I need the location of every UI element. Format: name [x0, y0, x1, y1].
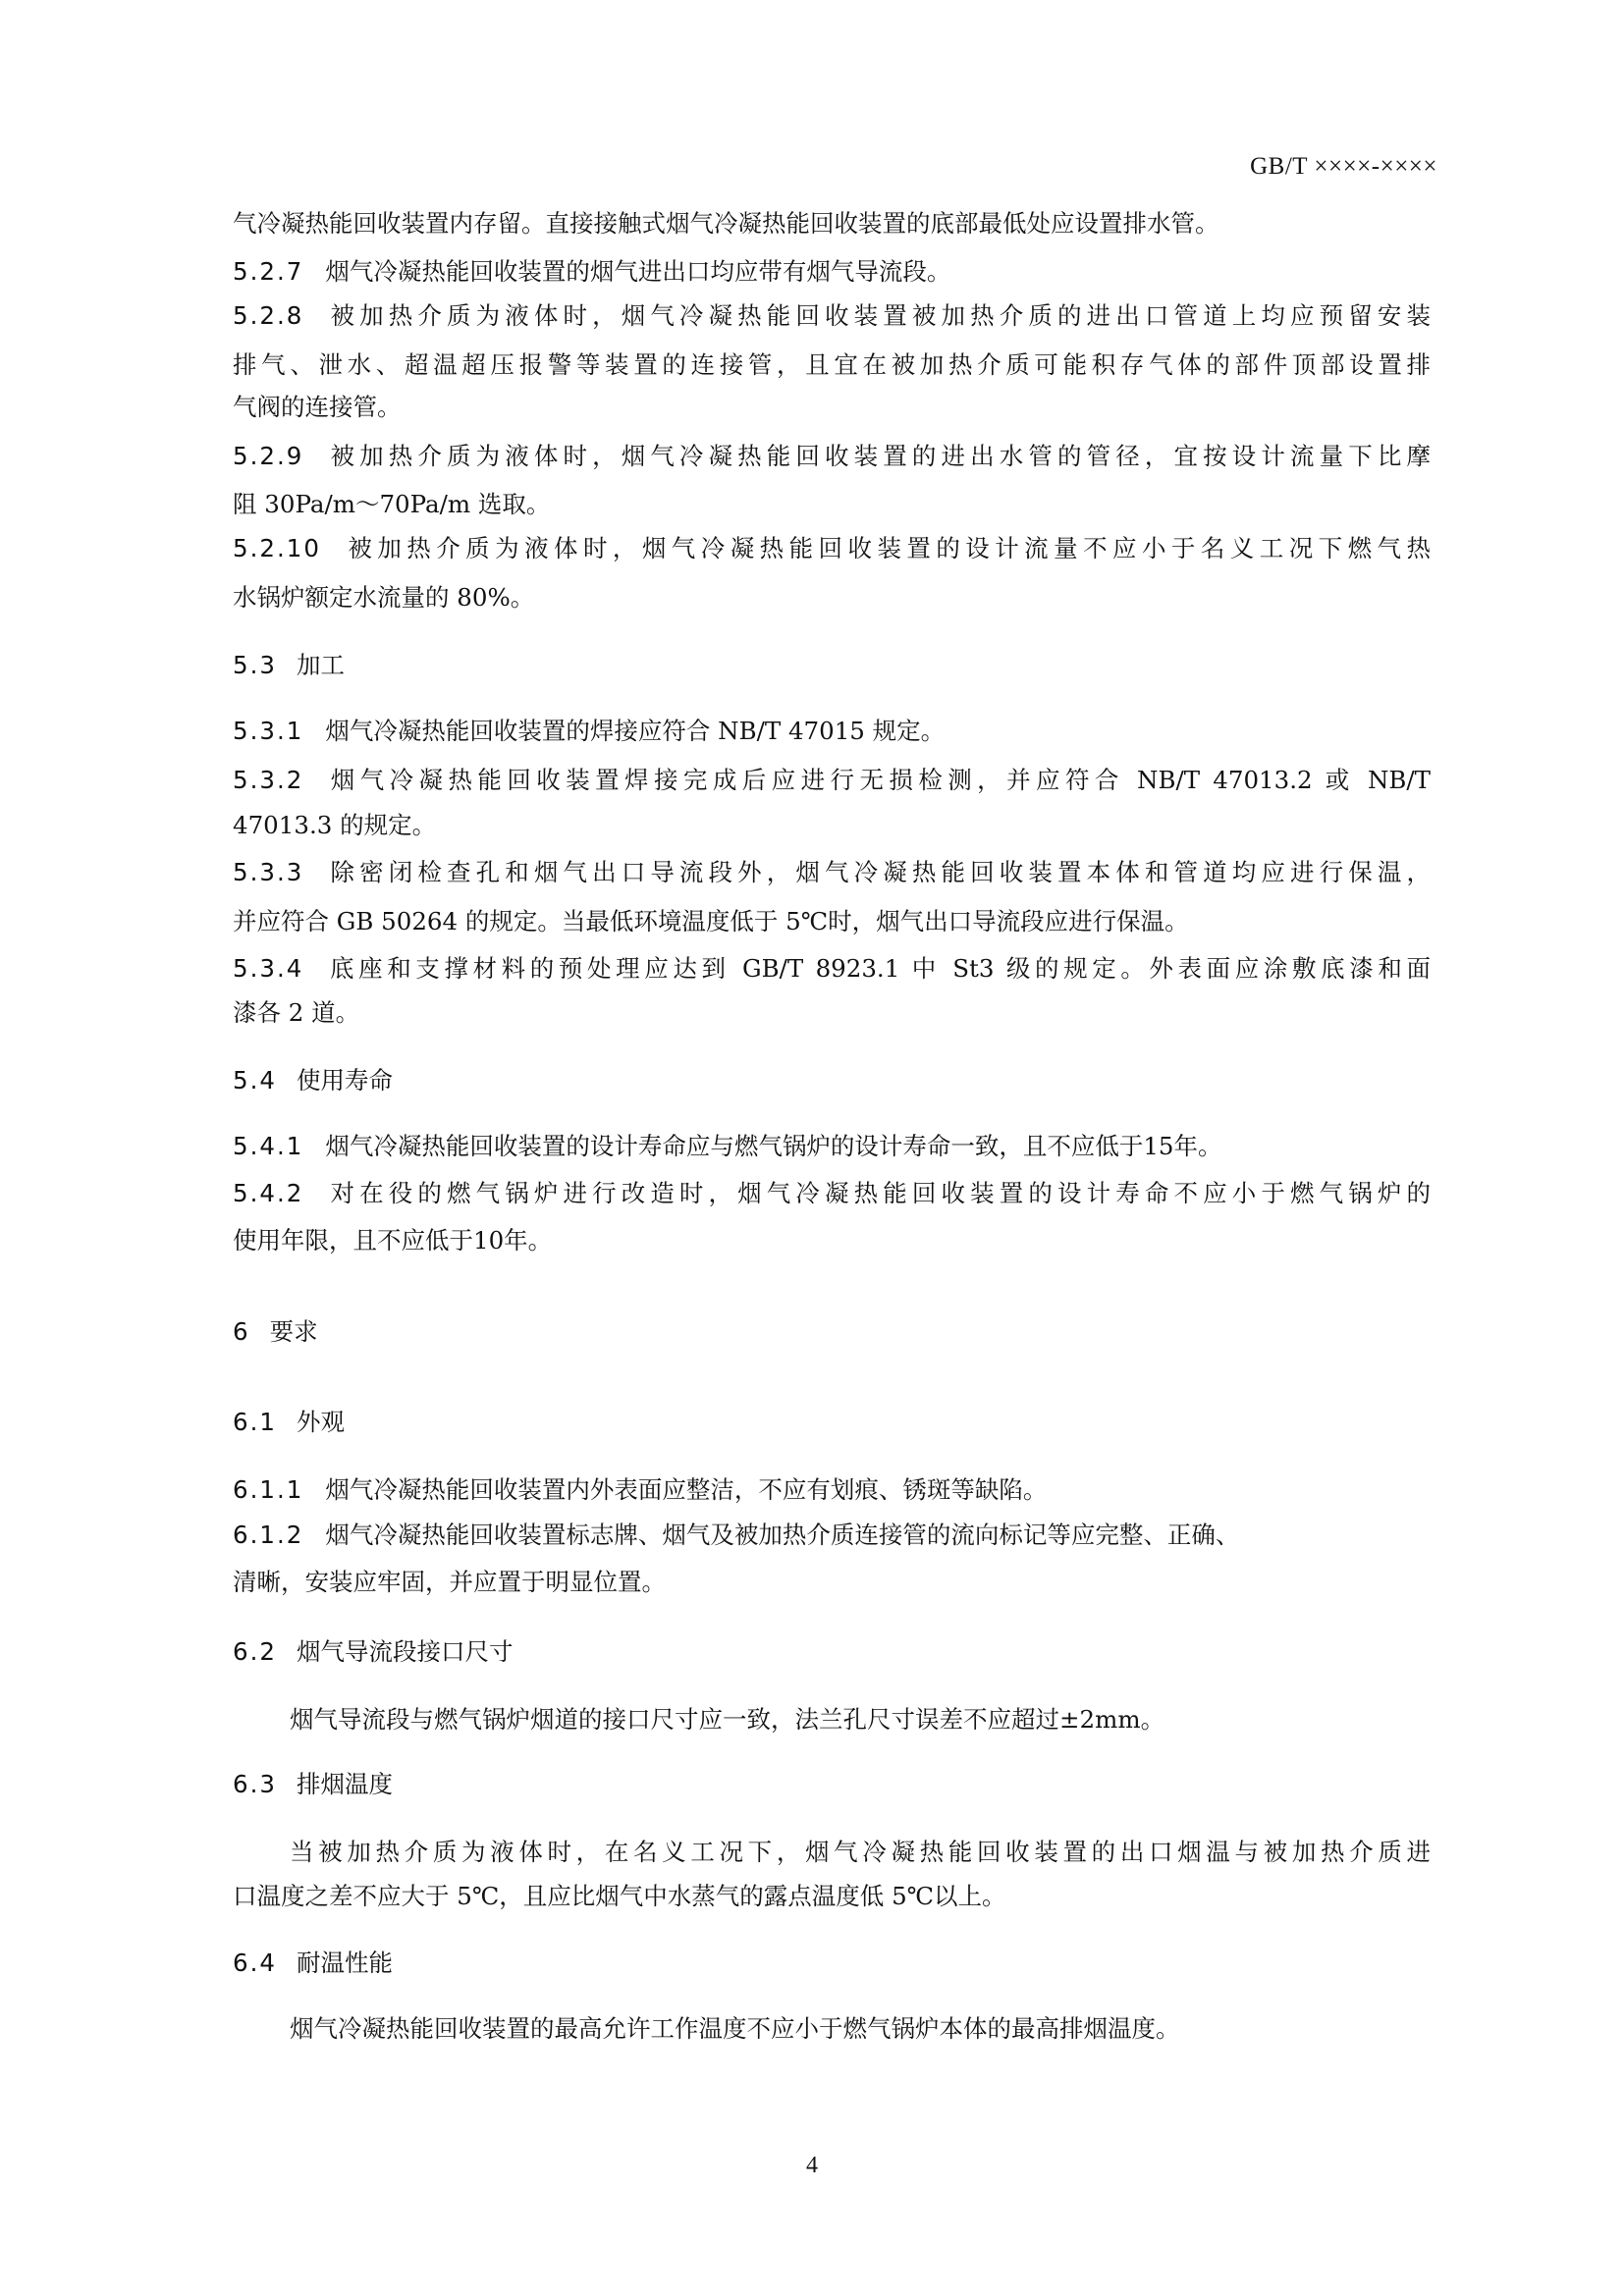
clause-line: 6.1.1烟气冷凝热能回收装置内外表面应整洁，不应有划痕、锈斑等缺陷。: [233, 1475, 1431, 1505]
clause-text: 被加热介质为液体时，烟气冷凝热能回收装置被加热介质的进出口管道上均应预留安装: [325, 301, 1431, 330]
clause-number: 5.3: [233, 651, 277, 679]
text-line: 使用年限，且不应低于10年。: [233, 1226, 1431, 1255]
section-heading: 5.4使用寿命: [233, 1066, 1431, 1095]
clause-line: 6.1.2烟气冷凝热能回收装置标志牌、烟气及被加热介质连接管的流向标记等应完整、…: [233, 1521, 1431, 1550]
standard-code-header: GB/T ××××-××××: [1250, 153, 1437, 181]
heading-text: 使用寿命: [297, 1066, 393, 1095]
clause-number: 6.4: [233, 1949, 277, 1977]
section-heading: 5.3加工: [233, 651, 1431, 680]
text-line: 烟气冷凝热能回收装置的最高允许工作温度不应小于燃气锅炉本体的最高排烟温度。: [290, 2014, 1431, 2044]
clause-text: 烟气导流段与燃气锅炉烟道的接口尺寸应一致，法兰孔尺寸误差不应超过±2mm。: [290, 1705, 1164, 1734]
clause-number: 5.3.2: [233, 766, 303, 794]
clause-line: 5.2.10被加热介质为液体时，烟气冷凝热能回收装置的设计流量不应小于名义工况下…: [233, 534, 1431, 563]
clause-line: 5.3.4底座和支撑材料的预处理应达到 GB/T 8923.1 中 St3 级的…: [233, 954, 1431, 984]
clause-text: 水锅炉额定水流量的 80%。: [233, 583, 534, 612]
clause-number: 5.2.7: [233, 257, 303, 286]
clause-text: 烟气冷凝热能回收装置内外表面应整洁，不应有划痕、锈斑等缺陷。: [325, 1475, 1047, 1504]
clause-text: 对在役的燃气锅炉进行改造时，烟气冷凝热能回收装置的设计寿命不应小于燃气锅炉的: [325, 1179, 1431, 1207]
clause-line: 5.2.9被加热介质为液体时，烟气冷凝热能回收装置的进出水管的管径，宜按设计流量…: [233, 442, 1431, 471]
clause-number: 6: [233, 1317, 250, 1346]
text-line: 当被加热介质为液体时，在名义工况下，烟气冷凝热能回收装置的出口烟温与被加热介质进: [290, 1838, 1431, 1867]
clause-line: 5.3.1烟气冷凝热能回收装置的焊接应符合 NB/T 47015 规定。: [233, 717, 1431, 746]
heading-text: 烟气导流段接口尺寸: [297, 1637, 514, 1666]
clause-number: 5.3.3: [233, 858, 303, 886]
clause-text: 漆各 2 道。: [233, 998, 359, 1027]
heading-text: 外观: [297, 1408, 345, 1436]
clause-number: 6.1.1: [233, 1475, 303, 1504]
clause-text: 口温度之差不应大于 5℃，且应比烟气中水蒸气的露点温度低 5℃以上。: [233, 1882, 1006, 1910]
clause-text: 排气、泄水、超温超压报警等装置的连接管，且宜在被加热介质可能积存气体的部件顶部设…: [233, 350, 1431, 379]
clause-text: 被加热介质为液体时，烟气冷凝热能回收装置的设计流量不应小于名义工况下燃气热: [343, 534, 1431, 562]
clause-line: 5.4.2对在役的燃气锅炉进行改造时，烟气冷凝热能回收装置的设计寿命不应小于燃气…: [233, 1179, 1431, 1208]
text-line: 烟气导流段与燃气锅炉烟道的接口尺寸应一致，法兰孔尺寸误差不应超过±2mm。: [290, 1705, 1431, 1735]
clause-number: 6.3: [233, 1770, 277, 1798]
text-line: 气冷凝热能回收装置内存留。直接接触式烟气冷凝热能回收装置的底部最低处应设置排水管…: [233, 209, 1431, 239]
clause-text: 气冷凝热能回收装置内存留。直接接触式烟气冷凝热能回收装置的底部最低处应设置排水管…: [233, 209, 1219, 238]
clause-line: 5.2.8被加热介质为液体时，烟气冷凝热能回收装置被加热介质的进出口管道上均应预…: [233, 301, 1431, 331]
clause-text: 底座和支撑材料的预处理应达到 GB/T 8923.1 中 St3 级的规定。外表…: [325, 954, 1431, 983]
section-heading: 6.3排烟温度: [233, 1770, 1431, 1799]
clause-text: 使用年限，且不应低于10年。: [233, 1226, 552, 1255]
clause-text: 气阀的连接管。: [233, 393, 402, 421]
clause-text: 烟气冷凝热能回收装置的最高允许工作温度不应小于燃气锅炉本体的最高排烟温度。: [290, 2014, 1180, 2043]
clause-text: 被加热介质为液体时，烟气冷凝热能回收装置的进出水管的管径，宜按设计流量下比摩: [325, 442, 1431, 470]
section-heading: 6.4耐温性能: [233, 1949, 1431, 1978]
clause-text: 烟气冷凝热能回收装置焊接完成后应进行无损检测，并应符合 NB/T 47013.2…: [325, 766, 1431, 794]
section-heading: 6.2烟气导流段接口尺寸: [233, 1637, 1431, 1667]
clause-line: 5.3.3除密闭检查孔和烟气出口导流段外，烟气冷凝热能回收装置本体和管道均应进行…: [233, 858, 1431, 887]
clause-number: 5.3.4: [233, 954, 303, 983]
clause-line: 5.4.1烟气冷凝热能回收装置的设计寿命应与燃气锅炉的设计寿命一致，且不应低于1…: [233, 1132, 1431, 1161]
clause-number: 5.2.8: [233, 301, 303, 330]
clause-line: 5.3.2烟气冷凝热能回收装置焊接完成后应进行无损检测，并应符合 NB/T 47…: [233, 766, 1431, 795]
section-heading: 6要求: [233, 1317, 1431, 1347]
heading-text: 排烟温度: [297, 1770, 393, 1798]
page-number: 4: [0, 2153, 1624, 2179]
section-heading: 6.1外观: [233, 1408, 1431, 1437]
clause-number: 6.2: [233, 1637, 277, 1666]
clause-line: 5.2.7烟气冷凝热能回收装置的烟气进出口均应带有烟气导流段。: [233, 257, 1431, 287]
clause-number: 5.3.1: [233, 717, 303, 745]
text-line: 并应符合 GB 50264 的规定。当最低环境温度低于 5℃时，烟气出口导流段应…: [233, 907, 1431, 936]
clause-number: 5.2.10: [233, 534, 321, 562]
clause-text: 阻 30Pa/m～70Pa/m 选取。: [233, 490, 550, 518]
clause-text: 烟气冷凝热能回收装置的设计寿命应与燃气锅炉的设计寿命一致，且不应低于15年。: [325, 1132, 1221, 1160]
clause-text: 清晰，安装应牢固，并应置于明显位置。: [233, 1568, 666, 1596]
clause-text: 烟气冷凝热能回收装置的烟气进出口均应带有烟气导流段。: [325, 257, 950, 286]
clause-number: 5.4: [233, 1066, 277, 1095]
text-line: 口温度之差不应大于 5℃，且应比烟气中水蒸气的露点温度低 5℃以上。: [233, 1882, 1431, 1911]
text-line: 漆各 2 道。: [233, 998, 1431, 1028]
document-page: GB/T ××××-×××× 气冷凝热能回收装置内存留。直接接触式烟气冷凝热能回…: [0, 0, 1624, 2296]
clause-number: 5.4.2: [233, 1179, 303, 1207]
text-line: 阻 30Pa/m～70Pa/m 选取。: [233, 490, 1431, 519]
heading-text: 加工: [297, 651, 345, 679]
clause-number: 6.1.2: [233, 1521, 303, 1549]
clause-text: 烟气冷凝热能回收装置的焊接应符合 NB/T 47015 规定。: [325, 717, 945, 745]
heading-text: 耐温性能: [297, 1949, 393, 1977]
clause-number: 6.1: [233, 1408, 277, 1436]
clause-number: 5.4.1: [233, 1132, 303, 1160]
clause-text: 烟气冷凝热能回收装置标志牌、烟气及被加热介质连接管的流向标记等应完整、正确、: [325, 1521, 1239, 1549]
clause-text: 47013.3 的规定。: [233, 811, 436, 839]
clause-number: 5.2.9: [233, 442, 303, 470]
text-line: 气阀的连接管。: [233, 393, 1431, 422]
clause-text: 并应符合 GB 50264 的规定。当最低环境温度低于 5℃时，烟气出口导流段应…: [233, 907, 1189, 935]
text-line: 清晰，安装应牢固，并应置于明显位置。: [233, 1568, 1431, 1597]
heading-text: 要求: [270, 1317, 318, 1346]
text-line: 水锅炉额定水流量的 80%。: [233, 583, 1431, 613]
text-line: 排气、泄水、超温超压报警等装置的连接管，且宜在被加热介质可能积存气体的部件顶部设…: [233, 350, 1431, 380]
clause-text: 当被加热介质为液体时，在名义工况下，烟气冷凝热能回收装置的出口烟温与被加热介质进: [290, 1838, 1431, 1866]
text-line: 47013.3 的规定。: [233, 811, 1431, 840]
clause-text: 除密闭检查孔和烟气出口导流段外，烟气冷凝热能回收装置本体和管道均应进行保温，: [325, 858, 1431, 886]
